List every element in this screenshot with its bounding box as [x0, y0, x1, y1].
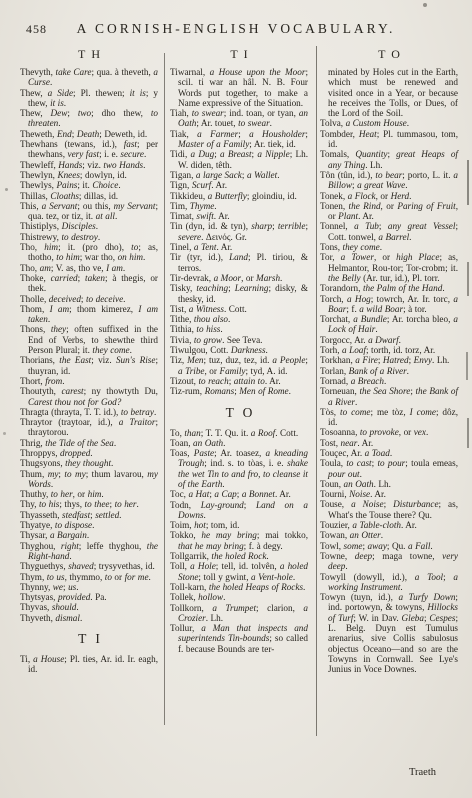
- gloss-italic: deep: [355, 551, 372, 561]
- entry-text: ; f.: [346, 304, 359, 314]
- dictionary-entry: Thistrewy, to destroy.: [20, 232, 158, 242]
- dictionary-entry: Thyguethys, shaved; trysyvethas, id.: [20, 561, 158, 571]
- gloss-italic: us: [68, 582, 76, 592]
- entry-text: . Ar.: [265, 376, 281, 386]
- gloss-italic: a Dug: [191, 149, 215, 159]
- gloss-italic: dismal: [55, 613, 80, 623]
- dictionary-entry: Tiak, a Farmer; a Housholder; Master of …: [170, 129, 308, 150]
- entry-text: ; viz.: [91, 355, 116, 365]
- entry-text: Thorians,: [20, 355, 59, 365]
- entry-text: Thyguethys,: [20, 561, 68, 571]
- entry-text: Torh,: [320, 345, 342, 355]
- entry-text: Thoutyth,: [20, 386, 61, 396]
- dictionary-entry: Tign, Scurf. Ar.: [170, 180, 308, 190]
- dictionary-entry: Torlan, Bank of a River.: [320, 366, 458, 376]
- dictionary-entry: Tin (dyn, id. & tyn), sharp; terrible; s…: [170, 221, 308, 242]
- dictionary-entry: Tollur, a Man that inspects and superint…: [170, 623, 308, 654]
- gloss-italic: to reach: [198, 376, 228, 386]
- gloss-italic: a great Wave: [357, 180, 405, 190]
- dictionary-entry: Thuthy, to her, or him.: [20, 489, 158, 499]
- gloss-italic: to us: [47, 572, 65, 582]
- gloss-italic: a House: [33, 654, 64, 664]
- dictionary-entry: Tist, a Witness. Cott.: [170, 304, 308, 314]
- dictionary-entry: Tollek, hollow.: [170, 592, 308, 602]
- gloss-italic: my: [48, 469, 59, 479]
- entry-text: .: [92, 520, 94, 530]
- gloss-italic: a Butterfly: [208, 191, 247, 201]
- entry-text: .: [390, 448, 392, 458]
- gloss-italic: a Roof: [251, 428, 275, 438]
- dictionary-entry: Thewlys, Pains; it. Choice.: [20, 180, 158, 190]
- gloss-italic: to: [105, 572, 112, 582]
- entry-text: .: [98, 232, 100, 242]
- entry-text: Tin (dyn, id. & tyn),: [170, 221, 251, 231]
- entry-text: ; W. in Dav.: [353, 613, 401, 623]
- gloss-italic: to swear: [192, 108, 224, 118]
- gloss-italic: a People: [272, 355, 305, 365]
- entry-text: ; T. T. Qu. it.: [201, 428, 251, 438]
- entry-text: .: [51, 479, 53, 489]
- dictionary-entry: Thrig, the Tide of the Sea.: [20, 438, 158, 448]
- gloss-italic: he may bring: [201, 530, 256, 540]
- dictionary-entry: Thyasseth, stedfast; settled.: [20, 510, 158, 520]
- dictionary-entry: Tir (tyr, id.), Land; Pl. tiriou, & terr…: [170, 252, 308, 273]
- entry-text: ; ind. toan, or tyan,: [224, 108, 299, 118]
- dictionary-entry: Thum, my; to my; thum lavarou, my Words.: [20, 469, 158, 490]
- entry-text: .: [399, 335, 401, 345]
- gloss-italic: Herd: [391, 191, 410, 201]
- entry-text: .: [360, 469, 362, 479]
- entry-text: Tho,: [20, 263, 40, 273]
- entry-text: Tollur,: [170, 623, 201, 633]
- gloss-italic: a wild Boar: [359, 304, 403, 314]
- entry-text: ; trysyvethas, id.: [94, 561, 155, 571]
- entry-text: ;: [387, 149, 396, 159]
- entry-text: .: [384, 376, 386, 386]
- entry-text: .: [289, 386, 291, 396]
- entry-text: Tiak,: [170, 129, 197, 139]
- page-header: 458 A CORNISH-ENGLISH VOCABULARY.: [0, 21, 472, 39]
- entry-text: . Ar.: [275, 489, 291, 499]
- gloss-italic: Thyme: [190, 201, 215, 211]
- gloss-italic: a Custom House: [346, 118, 407, 128]
- gloss-italic: to betray: [121, 407, 154, 417]
- entry-text: . Lh.: [365, 160, 382, 170]
- entry-text: Thoke,: [20, 273, 51, 283]
- gloss-italic: a Nipple: [257, 149, 289, 159]
- entry-text: .: [303, 582, 305, 592]
- entry-text: ; leffe thyghou,: [79, 541, 147, 551]
- gloss-italic: a Dwarf: [368, 335, 399, 345]
- gloss-italic: to dispose: [55, 520, 92, 530]
- gloss-italic: a House upon the Moor: [210, 67, 306, 77]
- gloss-italic: to thee: [85, 499, 110, 509]
- gloss-italic: it is: [50, 98, 64, 108]
- gloss-italic: dropped: [60, 448, 90, 458]
- dictionary-entry: Toun, an Oath. Lh.: [320, 479, 458, 489]
- gloss-italic: the holed Rock: [211, 551, 266, 561]
- entry-text: .: [87, 530, 89, 540]
- gloss-italic: take Care: [56, 67, 92, 77]
- entry-text: . Ar.: [211, 180, 227, 190]
- entry-text: ; Ar. toasez,: [214, 448, 265, 458]
- dictionary-entry: Thym, to us, thymmo, to or for me.: [20, 572, 158, 582]
- gloss-italic: shaved: [68, 561, 94, 571]
- entry-text: ; Pl. thewen;: [73, 88, 130, 98]
- entry-text: . Cott.: [224, 304, 247, 314]
- gloss-italic: Paring of Fruit: [397, 201, 455, 211]
- entry-text: ; it.: [77, 180, 92, 190]
- entry-text: .: [64, 98, 66, 108]
- entry-text: .: [430, 541, 432, 551]
- entry-text: Thynny,: [20, 582, 53, 592]
- dictionary-entry: Torgocc, Ar. a Dwarf.: [320, 335, 458, 345]
- entry-text: Tollkorn,: [170, 603, 212, 613]
- entry-text: Tir (tyr, id.),: [170, 252, 229, 262]
- column-head-th: TH: [20, 47, 158, 62]
- entry-text: Thewhans (tewans, id.),: [20, 139, 124, 149]
- entry-text: Tor,: [320, 252, 341, 262]
- entry-text: Tir-devrak,: [170, 273, 214, 283]
- entry-text: . Ar.: [401, 520, 417, 530]
- entry-text: Tivia,: [170, 335, 194, 345]
- dictionary-entry: Tons, they come.: [320, 242, 458, 252]
- entry-text: Thewlys,: [20, 180, 56, 190]
- entry-text: Towl,: [320, 541, 344, 551]
- entry-text: ; f. à degy.: [244, 541, 283, 551]
- entry-text: , thymmo,: [65, 572, 105, 582]
- entry-text: .: [76, 582, 78, 592]
- entry-text: . Ar.: [358, 211, 374, 221]
- gloss-italic: a Tower: [341, 252, 374, 262]
- gloss-italic: my Servant: [114, 201, 156, 211]
- gloss-italic: carried: [51, 273, 78, 283]
- dictionary-entry: Tòs, to come; me tòz, I come; dôz, id.: [320, 407, 458, 428]
- dictionary-entry: Theweth, End; Death; Deweth, id.: [20, 129, 158, 139]
- gloss-italic: him: [88, 489, 102, 499]
- dictionary-entry: Thom, I am; thom kimerez, I am taken.: [20, 304, 158, 325]
- entry-text: .: [123, 294, 125, 304]
- entry-text: or: [112, 572, 125, 582]
- gloss-italic: Heat: [359, 129, 377, 139]
- dictionary-entry: Touçec, Ar. a Toad.: [320, 448, 458, 458]
- dictionary-entry: Thistiplys, Disciples.: [20, 221, 158, 231]
- dictionary-entry: Thugsyons, they thought.: [20, 458, 158, 468]
- gloss-italic: a Flock: [348, 191, 376, 201]
- dictionary-entry: Torneuan, the Sea Shore; the Bank of a R…: [320, 386, 458, 407]
- scan-artifact: [5, 188, 8, 191]
- entry-text: ; Ar. touet,: [196, 118, 238, 128]
- gloss-italic: Carest thou not for God?: [28, 397, 121, 407]
- entry-text: , or: [205, 366, 220, 376]
- gloss-italic: the Belly: [328, 273, 361, 283]
- entry-text: .: [143, 252, 145, 262]
- entry-continuation: minated by Holes cut in the Earth, which…: [320, 67, 458, 118]
- entry-text: ;: [443, 572, 453, 582]
- gloss-italic: a Noise: [351, 499, 384, 509]
- dictionary-entry: Thorians, the East; viz. Sun's Rise; thu…: [20, 355, 158, 376]
- gloss-italic: Cloaths: [50, 191, 79, 201]
- dictionary-entry: Toula, to cast; to pour; toula emeas, po…: [320, 458, 458, 479]
- gloss-italic: swift: [196, 211, 213, 221]
- gloss-italic: a Toad: [365, 448, 390, 458]
- dictionary-entry: Torh, a Loaf; torth, id. torz, Ar.: [320, 345, 458, 355]
- gloss-italic: fast: [124, 139, 137, 149]
- gloss-italic: on him: [118, 252, 143, 262]
- entry-text: Torandorn,: [320, 283, 363, 293]
- entry-text: Thragta (thrayta, T. T. id.),: [20, 407, 121, 417]
- gloss-italic: some: [344, 541, 363, 551]
- gloss-italic: vex: [414, 427, 426, 437]
- entry-text: .: [58, 118, 60, 128]
- entry-text: Thevyth,: [20, 67, 56, 77]
- entry-text: Toll,: [170, 561, 190, 571]
- gloss-italic: a Barrel: [378, 232, 409, 242]
- entry-text: . Ar.: [216, 242, 232, 252]
- entry-text: .: [130, 345, 132, 355]
- dictionary-entry: Tollgarrik, the holed Rock.: [170, 551, 308, 561]
- dictionary-entry: Tholle, deceived; to deceive.: [20, 294, 158, 304]
- entry-text: ; Deweth, id.: [99, 129, 147, 139]
- entry-text: .: [277, 170, 279, 180]
- entry-text: .: [90, 448, 92, 458]
- gloss-italic: the Sea Shore: [359, 386, 410, 396]
- dictionary-entry: To, than; T. T. Qu. it. a Roof. Cott.: [170, 428, 308, 438]
- gloss-italic: the Tide of the Sea: [45, 438, 114, 448]
- entry-text: Torneuan,: [320, 386, 359, 396]
- gloss-italic: away: [368, 541, 387, 551]
- entry-text: Toun,: [320, 479, 344, 489]
- entry-text: ; towrch, Ar. Ir. torc,: [371, 294, 454, 304]
- entry-text: Todn,: [170, 500, 201, 510]
- entry-text: Tonen,: [320, 201, 349, 211]
- entry-text: .: [409, 191, 411, 201]
- entry-text: ; tell, id. tolvên,: [216, 561, 280, 571]
- entry-text: Tourni,: [320, 489, 349, 499]
- gloss-italic: a Bundle: [353, 314, 387, 324]
- dictionary-entry: Tombder, Heat; Pl. tummasou, tom, id.: [320, 129, 458, 150]
- gloss-italic: for me: [125, 572, 149, 582]
- gloss-italic: we: [53, 582, 63, 592]
- entry-text: .: [381, 530, 383, 540]
- gloss-italic: they come: [343, 242, 380, 252]
- gloss-italic: a Hog: [347, 294, 371, 304]
- entry-text: Thuthy,: [20, 489, 51, 499]
- entry-text: ;: [67, 108, 77, 118]
- gloss-italic: a Side: [48, 88, 73, 98]
- dictionary-entry: Torkhan, a Fire; Hatred; Envy. Lh.: [320, 355, 458, 365]
- entry-text: Thewleff,: [20, 160, 58, 170]
- dictionary-entry: Tho, am; V. as, tho ve, I am.: [20, 263, 158, 273]
- gloss-italic: Quantity: [355, 149, 387, 159]
- entry-text: .: [380, 242, 382, 252]
- scan-artifact: [467, 262, 469, 296]
- gloss-italic: a Fire: [355, 355, 378, 365]
- gloss-italic: that he may bring: [178, 541, 244, 551]
- entry-text: Tidi,: [170, 149, 191, 159]
- dictionary-entry: Towyll (dowyll, id.), a Tool; a working …: [320, 572, 458, 593]
- dictionary-entry: Tikkideu, a Butterfly; gloindiu, id.: [170, 191, 308, 201]
- gloss-italic: a Fall: [408, 541, 430, 551]
- dictionary-entry: Tho, him; it. (pro dho), to; as, thotho,…: [20, 242, 158, 263]
- gloss-italic: the Palm of the Hand: [363, 283, 442, 293]
- entry-text: . Ar.: [357, 438, 373, 448]
- dictionary-entry: Tonnel, a Tub; any great Vessel; Cott. t…: [320, 221, 458, 242]
- entry-text: Torchat,: [320, 314, 353, 324]
- entry-text: .: [223, 592, 225, 602]
- entry-text: .: [222, 479, 224, 489]
- gloss-italic: two: [78, 108, 91, 118]
- dictionary-entry: Throppys, dropped.: [20, 448, 158, 458]
- gloss-italic: a Breast: [220, 149, 252, 159]
- entry-text: ; mai tokko,: [257, 530, 308, 540]
- entry-text: .: [400, 582, 402, 592]
- gloss-italic: to her: [51, 489, 73, 499]
- entry-text: .: [405, 180, 407, 190]
- gloss-italic: a Hat: [188, 489, 209, 499]
- gloss-italic: to pour: [377, 458, 405, 468]
- gloss-italic: Disturbance: [393, 499, 438, 509]
- entry-text: Tithia,: [170, 324, 196, 334]
- gloss-italic: a Table-cloth: [352, 520, 401, 530]
- entry-text: ; torth, id. torz, Ar.: [366, 345, 435, 355]
- gloss-italic: an Otter: [350, 530, 381, 540]
- entry-text: Tonek,: [320, 191, 348, 201]
- gloss-italic: severe: [178, 232, 201, 242]
- page-title: A CORNISH-ENGLISH VOCABULARY.: [0, 21, 472, 37]
- entry-text: , or: [399, 427, 414, 437]
- gloss-italic: Knees: [57, 170, 79, 180]
- entry-text: Tign,: [170, 180, 192, 190]
- gloss-italic: Choice: [92, 180, 118, 190]
- gloss-italic: to hiss: [196, 324, 220, 334]
- entry-text: ; V. as, tho ve,: [51, 263, 106, 273]
- dictionary-entry: Tiwulgou, Cott. Darkness.: [170, 345, 308, 355]
- entry-text: . Δεινός. Gr.: [201, 232, 247, 242]
- entry-text: .: [426, 427, 428, 437]
- dictionary-entry: Tollkorn, a Trumpet; clarion, a Crozier.…: [170, 603, 308, 624]
- gloss-italic: Noise: [349, 489, 370, 499]
- entry-text: , or: [374, 252, 396, 262]
- dictionary-entry: Toll-karn, the holed Heaps of Rocks.: [170, 582, 308, 592]
- gloss-italic: pour out: [328, 469, 360, 479]
- gloss-italic: Darkness: [231, 345, 266, 355]
- entry-text: Torkhan,: [320, 355, 355, 365]
- gloss-italic: hot: [194, 520, 206, 530]
- gloss-italic: to his: [39, 499, 59, 509]
- gloss-italic: a Cap: [214, 489, 236, 499]
- dictionary-entry: Tosoanna, to provoke, or vex.: [320, 427, 458, 437]
- gloss-italic: sharp: [251, 221, 272, 231]
- entry-text: .: [118, 180, 120, 190]
- page-number: 458: [26, 22, 47, 37]
- entry-text: ; qua. à theveth,: [91, 67, 153, 77]
- entry-text: Thytsyas,: [20, 592, 58, 602]
- entry-text: Thillas,: [20, 191, 50, 201]
- entry-text: ; me tòz,: [370, 407, 409, 417]
- dictionary-entry: Towne, deep; maga towne, very deep.: [320, 551, 458, 572]
- entry-text: .: [149, 572, 151, 582]
- gloss-italic: Lay-ground: [201, 500, 244, 510]
- entry-text: Towyll (dowyll, id.),: [320, 572, 415, 582]
- gloss-italic: a Tent: [194, 242, 217, 252]
- dictionary-entry: Thy, to his; thys, to thee; to her.: [20, 499, 158, 509]
- gloss-italic: Master of a Family: [178, 139, 249, 149]
- dictionary-entry: Towl, some; away; Qu. a Fall.: [320, 541, 458, 551]
- dictionary-entry: Toas, Paste; Ar. toasez, a kneading Trou…: [170, 448, 308, 489]
- entry-text: Tizout,: [170, 376, 198, 386]
- dictionary-entry: Toll, a Hole; tell, id. tolvên, a holed …: [170, 561, 308, 582]
- dictionary-entry: Thevyth, take Care; qua. à theveth, a Cu…: [20, 67, 158, 88]
- dictionary-entry: Timat, swift. Ar.: [170, 211, 308, 221]
- dictionary-entry: Tor, a Tower, or high Place; as, Helmant…: [320, 252, 458, 283]
- gloss-italic: to cast: [346, 458, 371, 468]
- entry-text: ;: [379, 221, 388, 231]
- column-head-to: TO: [320, 47, 458, 62]
- entry-text: (Ar. tur, id.), Pl. torr.: [361, 273, 440, 283]
- dictionary-entry: Tiwarnal, a House upon the Moor; scil. t…: [170, 67, 308, 108]
- entry-text: Thistiplys,: [20, 221, 62, 231]
- entry-text: .: [96, 221, 98, 231]
- entry-text: Toula,: [320, 458, 346, 468]
- entry-text: Thyasseth,: [20, 510, 62, 520]
- entry-text: Tithe,: [170, 314, 194, 324]
- dictionary-entry: Tigan, a large Sack; a Wallet.: [170, 170, 308, 180]
- entry-text: ;: [78, 273, 85, 283]
- entry-text: Towyn (tuyn, id.),: [320, 592, 398, 602]
- entry-text: Toas,: [170, 448, 194, 458]
- dictionary-entry: Tiz-rum, Romans; Men of Rome.: [170, 386, 308, 396]
- entry-text: ; Qu.: [387, 541, 408, 551]
- dictionary-entry: This, a Servant; ou this, my Servant; qu…: [20, 201, 158, 222]
- entry-text: Thym,: [20, 572, 47, 582]
- entry-text: .: [62, 376, 64, 386]
- dictionary-entry: Thew, a Side; Pl. thewen; it is; y thew,…: [20, 88, 158, 109]
- entry-text: .: [407, 366, 409, 376]
- gloss-italic: they come: [92, 345, 129, 355]
- entry-text: Thons,: [20, 324, 51, 334]
- entry-text: Thysar,: [20, 530, 50, 540]
- gloss-italic: Sun's Rise: [116, 355, 155, 365]
- entry-text: ; gloindiu, id.: [247, 191, 297, 201]
- entry-text: ; Ar. tiek, id.: [249, 139, 296, 149]
- gloss-italic: to provoke: [360, 427, 399, 437]
- entry-text: .: [69, 551, 71, 561]
- entry-text: Thyghou,: [20, 541, 61, 551]
- dictionary-entry: Tokko, he may bring; mai tokko, that he …: [170, 530, 308, 551]
- dictionary-entry: Thewhans (tewans, id.), fast; per thewha…: [20, 139, 158, 160]
- entry-text: Torlan,: [320, 366, 349, 376]
- gloss-italic: very fast: [68, 149, 100, 159]
- section-heading: TI: [20, 631, 158, 647]
- gloss-italic: Disciples: [62, 221, 96, 231]
- entry-text: ; Ar. torcha bleo,: [387, 314, 454, 324]
- gloss-italic: a Hole: [190, 561, 216, 571]
- entry-text: ; ny thowtyth Du,: [84, 386, 158, 396]
- entry-text: This,: [20, 201, 42, 211]
- entry-text: ; tyd, A. id.: [245, 366, 287, 376]
- entry-text: Tòs,: [320, 407, 340, 417]
- gloss-italic: I am: [50, 304, 70, 314]
- entry-text: Toll-karn,: [170, 582, 209, 592]
- gloss-italic: Scurf: [192, 180, 211, 190]
- gloss-italic: the holed Heaps of Rocks: [209, 582, 303, 592]
- gloss-italic: right: [61, 541, 79, 551]
- entry-text: Tolva,: [320, 118, 346, 128]
- dictionary-entry: Tisky, teaching; Learning; disky, & thes…: [170, 283, 308, 304]
- entry-text: Thew,: [20, 88, 48, 98]
- entry-text: ; tom, id.: [206, 520, 240, 530]
